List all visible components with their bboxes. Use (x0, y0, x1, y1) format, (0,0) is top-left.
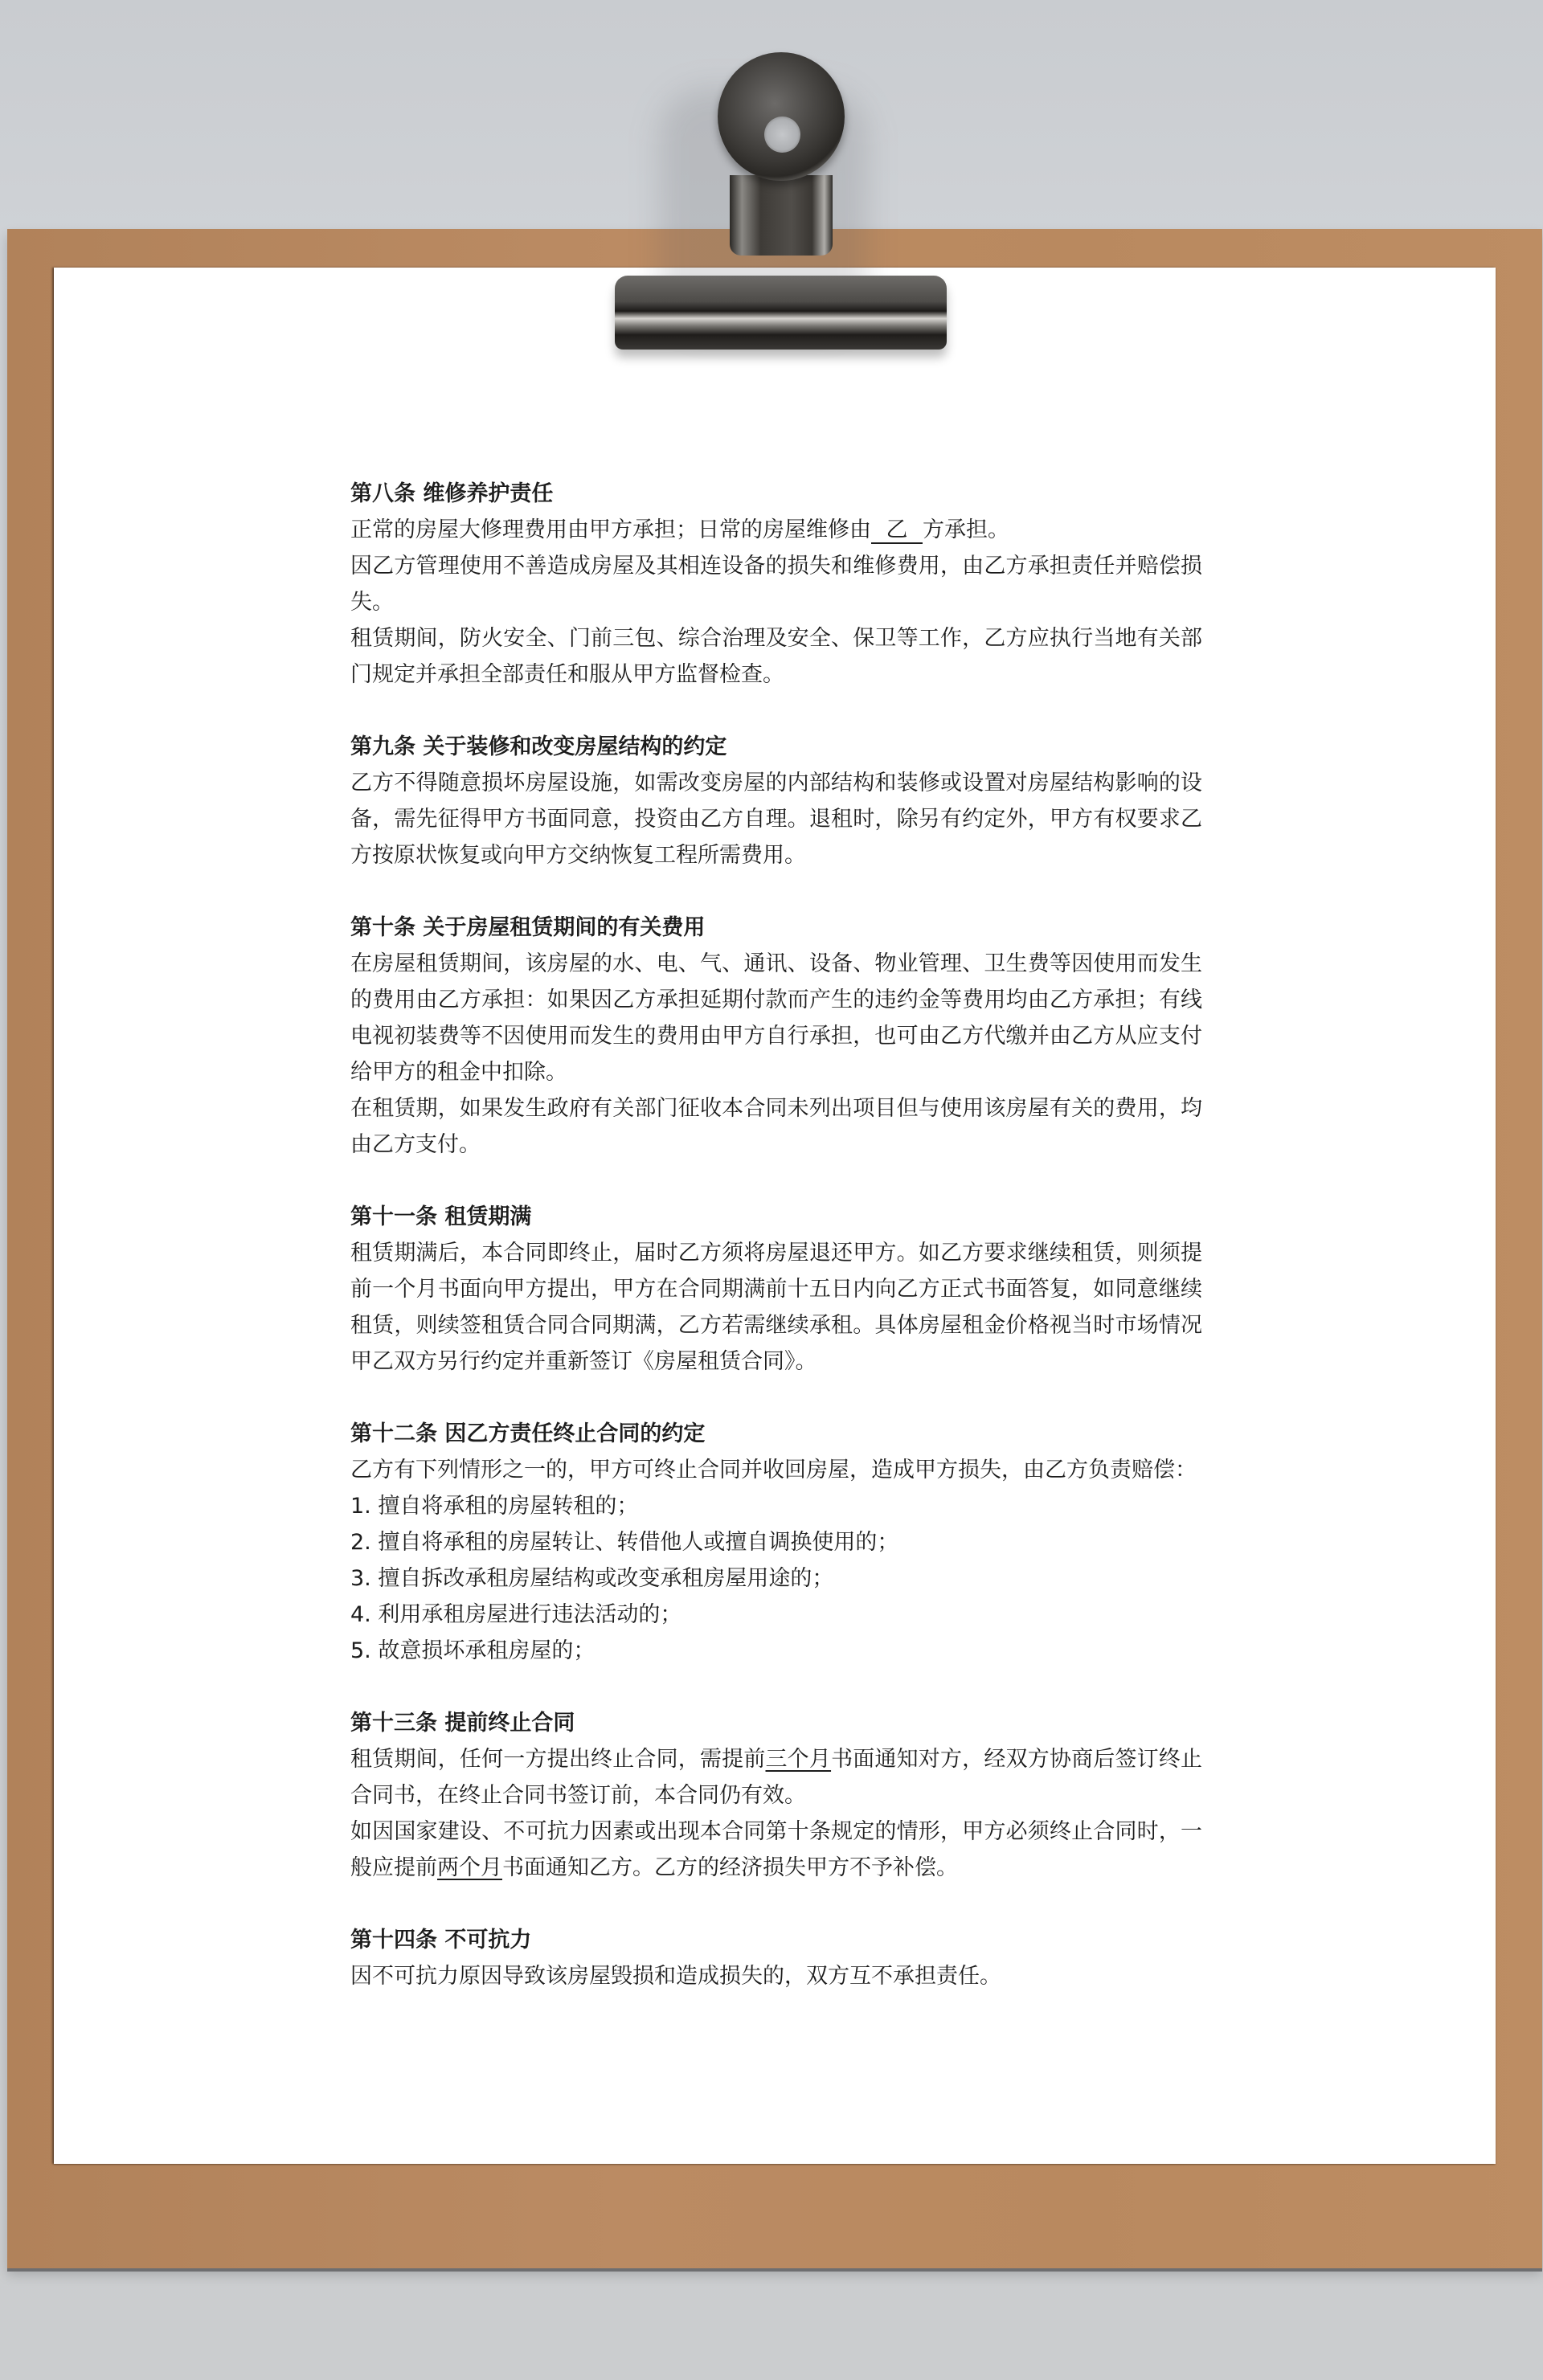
list-item: 1. 擅自将承租的房屋转租的； (350, 1488, 1202, 1524)
clause-paragraph: 如因国家建设、不可抗力因素或出现本合同第十条规定的情形，甲方必须终止合同时，一般… (350, 1814, 1202, 1886)
clause-paragraph: 因不可抗力原因导致该房屋毁损和造成损失的，双方互不承担责任。 (350, 1958, 1202, 1994)
clip-hole (764, 117, 800, 153)
text-segment: 租赁期间，任何一方提出终止合同，需提前 (350, 1747, 766, 1772)
clause-13: 第十三条 提前终止合同 租赁期间，任何一方提出终止合同，需提前三个月书面通知对方… (350, 1705, 1202, 1886)
contract-text: 第八条 维修养护责任 正常的房屋大修理费用由甲方承担；日常的房屋维修由乙方承担。… (350, 476, 1202, 2030)
clause-paragraph: 在租赁期，如果发生政府有关部门征收本合同未列出项目但与使用该房屋有关的费用，均由… (350, 1090, 1202, 1163)
clause-paragraph: 租赁期满后，本合同即终止，届时乙方须将房屋退还甲方。如乙方要求继续租赁，则须提前… (350, 1235, 1202, 1380)
clause-paragraph: 乙方不得随意损坏房屋设施，如需改变房屋的内部结构和装修或设置对房屋结构影响的设备… (350, 765, 1202, 873)
clause-title: 第十三条 提前终止合同 (350, 1705, 1202, 1741)
list-item: 3. 擅自拆改承租房屋结构或改变承租房屋用途的； (350, 1560, 1202, 1597)
underlined-term: 三个月 (766, 1747, 832, 1772)
clause-14: 第十四条 不可抗力 因不可抗力原因导致该房屋毁损和造成损失的，双方互不承担责任。 (350, 1922, 1202, 1994)
clause-paragraph: 租赁期间，任何一方提出终止合同，需提前三个月书面通知对方，经双方协商后签订终止合… (350, 1741, 1202, 1814)
clause-title: 第十条 关于房屋租赁期间的有关费用 (350, 910, 1202, 946)
filled-blank: 乙 (871, 518, 923, 544)
clause-8: 第八条 维修养护责任 正常的房屋大修理费用由甲方承担；日常的房屋维修由乙方承担。… (350, 476, 1202, 693)
underlined-term: 两个月 (437, 1855, 502, 1880)
text-segment: 书面通知乙方。乙方的经济损失甲方不予补偿。 (502, 1855, 958, 1880)
clause-paragraph: 因乙方管理使用不善造成房屋及其相连设备的损失和维修费用，由乙方承担责任并赔偿损失… (350, 548, 1202, 620)
clause-11: 第十一条 租赁期满 租赁期满后，本合同即终止，届时乙方须将房屋退还甲方。如乙方要… (350, 1199, 1202, 1380)
clause-paragraph: 正常的房屋大修理费用由甲方承担；日常的房屋维修由乙方承担。 (350, 512, 1202, 548)
text-segment: 正常的房屋大修理费用由甲方承担；日常的房屋维修由 (350, 517, 871, 542)
list-item: 5. 故意损坏承租房屋的； (350, 1633, 1202, 1669)
clause-title: 第十四条 不可抗力 (350, 1922, 1202, 1958)
clause-12: 第十二条 因乙方责任终止合同的约定 乙方有下列情形之一的，甲方可终止合同并收回房… (350, 1416, 1202, 1669)
clause-title: 第九条 关于装修和改变房屋结构的约定 (350, 729, 1202, 765)
clause-paragraph: 在房屋租赁期间，该房屋的水、电、气、通讯、设备、物业管理、卫生费等因使用而发生的… (350, 946, 1202, 1090)
clause-title: 第十二条 因乙方责任终止合同的约定 (350, 1416, 1202, 1452)
clause-9: 第九条 关于装修和改变房屋结构的约定 乙方不得随意损坏房屋设施，如需改变房屋的内… (350, 729, 1202, 873)
clip-ring-icon (718, 52, 845, 181)
list-item: 4. 利用承租房屋进行违法活动的； (350, 1597, 1202, 1633)
clause-title: 第十一条 租赁期满 (350, 1199, 1202, 1235)
clause-paragraph: 租赁期间，防火安全、门前三包、综合治理及安全、保卫等工作，乙方应执行当地有关部门… (350, 620, 1202, 693)
clause-paragraph: 乙方有下列情形之一的，甲方可终止合同并收回房屋，造成甲方损失，由乙方负责赔偿： (350, 1452, 1202, 1488)
list-item: 2. 擅自将承租的房屋转让、转借他人或擅自调换使用的； (350, 1524, 1202, 1560)
clause-10: 第十条 关于房屋租赁期间的有关费用 在房屋租赁期间，该房屋的水、电、气、通讯、设… (350, 910, 1202, 1163)
clause-title: 第八条 维修养护责任 (350, 476, 1202, 512)
text-segment: 方承担。 (923, 517, 1009, 542)
